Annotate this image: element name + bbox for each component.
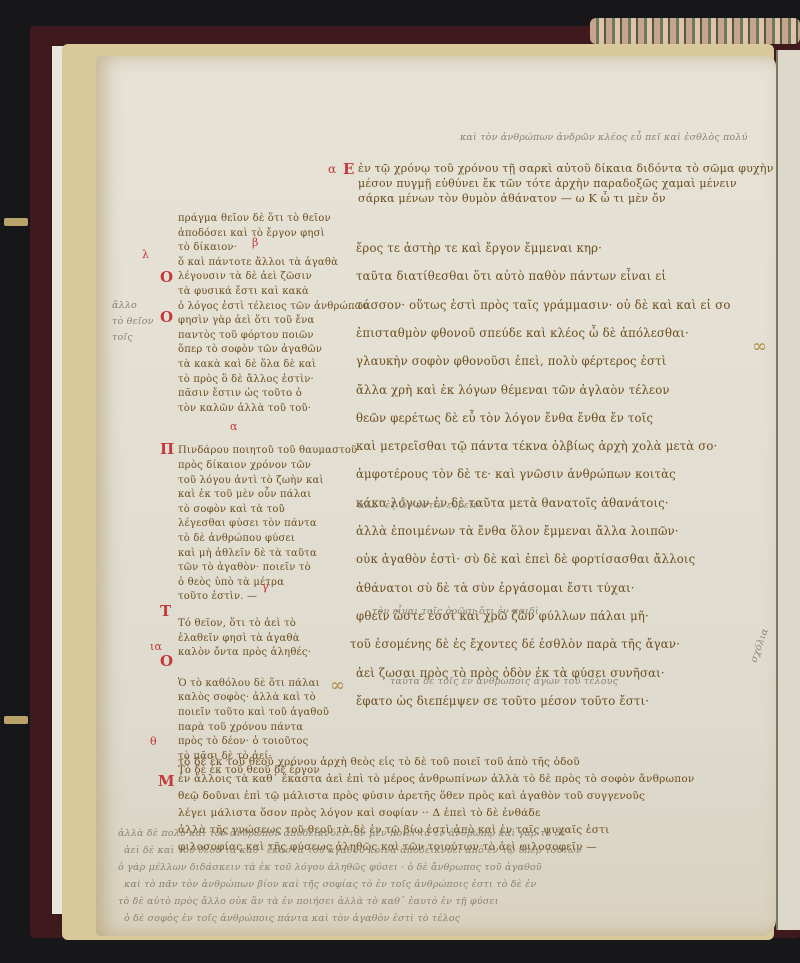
section-marker: ια (150, 640, 162, 653)
commentary-line: ὁ λόγος ἐστὶ τέλειος τῶν ἀνθρώπων (178, 301, 369, 312)
opposite-page-edge (776, 50, 800, 930)
main-line: θεῶν φερέτως δὲ εὖ τὸν λόγον ἔνθα ἔνθα ἔ… (356, 410, 653, 425)
left-margin-note: τὸ θεῖον (112, 316, 154, 327)
section-marker: λ (142, 248, 149, 261)
lower-scholion: ἀλλὰ δὲ πολὺ καὶ τὸν ἄνθρωπον ἀποδεικνύε… (118, 828, 566, 839)
top-scholion: καὶ τὸν ἀνθρώπων ἀνδρῶν κλέος εὖ πεῖ καὶ… (460, 132, 748, 143)
main-initial: Ε (343, 160, 354, 178)
main-line: ἀλλὰ ἐποιμένων τὰ ἔνθα ὅλον ἔμμεναι ἄλλα… (356, 523, 679, 538)
commentary-line: τῶν τὸ ἀγαθὸν· ποιεῖν τὸ (178, 562, 311, 573)
bottom-initial: Μ (158, 772, 175, 790)
commentary-initial: Ο (160, 652, 173, 670)
commentary-initial: Ο (160, 268, 173, 286)
commentary-initial: Τ (160, 602, 171, 620)
commentary-line: λέγουσιν τὰ δὲ ἀεὶ ζῶσιν (178, 271, 312, 282)
commentary-initial: Π (160, 440, 174, 458)
main-marker: α (328, 162, 336, 176)
lower-scholion: τὸ δὲ αὐτὸ πρὸς ἄλλο οὐκ ἂν τὰ ἐν ποιήσε… (118, 896, 499, 907)
ornament-icon: ∞ (330, 675, 345, 696)
main-line: καὶ μετρεῖσθαι τῷ πάντα τέκνα ὀλβίως ἀρχ… (356, 438, 717, 453)
lower-scholion: ἀεὶ δὲ καὶ τοῦ θεοῦ τὰ καθ᾽ ἕκαστα τοῦ ἀ… (124, 845, 582, 856)
commentary-line: τὸν καλῶν ἀλλὰ τοῦ τοῦ· (178, 403, 311, 414)
clasp-lower (4, 716, 28, 724)
commentary-line: πρὸς δίκαιον χρόνον τῶν (178, 460, 311, 471)
lower-scholion: ὁ δὲ σοφὸς ἐν τοῖς ἀνθρώποις πάντα καὶ τ… (124, 913, 460, 924)
main-line: τοῦ ἐσομένης δὲ ἐς ἔχοντες δέ ἐσθλὸν παρ… (350, 636, 680, 651)
main-line: τάσσον· οὕτως ἐστὶ πρὸς ταῖς γράμμασιν· … (356, 297, 731, 312)
section-marker: β (252, 236, 259, 249)
main-line: γλαυκὴν σοφὸν φθονοῦσι ἐπεὶ, πολὺ φέρτερ… (356, 353, 667, 368)
commentary-initial: Ο (160, 308, 173, 326)
main-line: ταῦτα διατίθεσθαι ὅτι αὐτὸ παθὸν πάντων … (356, 268, 666, 283)
left-margin-note: ἄλλο (112, 300, 137, 311)
commentary-line: ὅ καὶ πάντοτε ἄλλοι τὰ ἀγαθὰ (178, 257, 338, 268)
section-marker: θ (150, 735, 157, 748)
main-line-top: σάρκα μένων τὸν θυμὸν ἀθάνατον — ω Κ ὦ τ… (358, 192, 666, 205)
main-line: ἐπισταθμὸν φθονοῦ σπεύδε καὶ κλέος ὦ δὲ … (356, 325, 689, 340)
commentary-line: ποιεῖν τοῦτο καὶ τοῦ ἀγαθοῦ (178, 707, 329, 718)
bottom-commentary-line: ἐν ἄλλοις τὰ καθ᾽ ἕκαστα ἀεὶ ἐπὶ τὸ μέρο… (178, 773, 694, 785)
main-line: ἀμφοτέρους τὸν δὲ τε· καὶ γνῶσιν ἀνθρώπω… (356, 466, 676, 481)
commentary-line: τοῦ λόγου ἀντὶ τὸ ζωὴν καὶ (178, 475, 324, 486)
bottom-commentary-line: τὸ δὲ ἐκ τοῦ θεοῦ χρόνου ἀρχὴ θεὸς εἰς τ… (178, 756, 580, 768)
interlinear-gloss: ταῦτα δὲ τοῖς ἐν ἀνθρώποις ἄγων τοῦ τέλο… (390, 676, 618, 687)
commentary-line: τὸ σοφὸν καὶ τὰ τοῦ (178, 504, 285, 515)
commentary-line: πράγμα θεῖον δὲ ὅτι τὸ θεῖον (178, 213, 331, 224)
commentary-line: Πινδάρου ποιητοῦ τοῦ θαυμαστοῦ (178, 445, 357, 456)
left-margin-note: τοῖς (112, 332, 133, 343)
commentary-line: καὶ μὴ ἀθλεῖν δὲ τὰ ταῦτα (178, 548, 317, 559)
commentary-line: παντὸς τοῦ φόρτου ποιῶν (178, 330, 314, 341)
commentary-line: καλὸς σοφὸς· ἀλλὰ καὶ τὸ (178, 692, 316, 703)
commentary-line: πᾶσιν ἔστιν ὡς τοῦτο ὁ (178, 388, 302, 399)
clasp-upper (4, 218, 28, 226)
main-line: ἄλλα χρὴ καὶ ἐκ λόγων θέμεναι τῶν ἀγλαὸν… (356, 382, 670, 397)
main-line: ἔρος τε ἀστὴρ τε καὶ ἔργον ἔμμεναι κηρ· (356, 240, 602, 255)
commentary-line: τὸ δὲ ἀνθρώπου φύσει (178, 533, 295, 544)
commentary-line: τὸ πρὸς ὃ δὲ ἄλλος ἐστὶν· (178, 374, 314, 385)
main-line: ἔφατο ὡς διεπέμψεν σε τοῦτο μέσον τοῦτο … (356, 693, 649, 708)
commentary-line: τὸ δίκαιον· (178, 242, 237, 253)
interlinear-gloss: ἀλλ᾽ ἐξ ὧν ἐστὶν εὑρεῖν (358, 500, 479, 511)
lower-scholion: ὁ γὰρ μέλλων διδάσκειν τὰ ἐκ τοῦ λόγου ἀ… (118, 862, 542, 873)
section-marker: α (230, 420, 238, 433)
main-line-top: μέσον πυγμῇ εὐθύνει ἔκ τῶν τότε ἀρχὴν πα… (358, 177, 737, 190)
bottom-commentary-line: λέγει μάλιστα ὅσον πρὸς λόγον καὶ σοφίαν… (178, 807, 541, 819)
commentary-line: πρὸς τὸ δέον· ὁ τοιοῦτος (178, 736, 308, 747)
main-line: ἀθάνατοι σὺ δὲ τὰ σὺν ἐργάσομαι ἔστι τύχ… (356, 580, 635, 595)
section-marker: γ (262, 580, 269, 593)
commentary-line: λέγεσθαι φύσει τὸν πάντα (178, 518, 317, 529)
commentary-line: ὅπερ τὸ σοφὸν τῶν ἀγαθῶν (178, 344, 322, 355)
bottom-commentary-line: θεῷ δοῦναι ἐπὶ τῷ μάλιστα πρὸς φύσιν ἀρε… (178, 790, 645, 802)
commentary-line: καὶ ἐκ τοῦ μὲν οὖν πάλαι (178, 489, 311, 500)
commentary-line: παρὰ τοῦ χρόνου πάντα (178, 722, 303, 733)
main-line-top: ἐν τῷ χρόνῳ τοῦ χρόνου τῇ σαρκὶ αὐτοῦ δί… (358, 162, 774, 175)
commentary-line: Τό θεῖον, ὅτι τὸ ἀεὶ τὸ (178, 618, 296, 629)
commentary-line: Ὁ τὸ καθόλου δὲ ὅτι πάλαι (178, 678, 320, 689)
commentary-line: τὰ κακὰ καὶ δὲ ὅλα δὲ καὶ (178, 359, 316, 370)
main-line: οὐκ ἀγαθὸν ἐστὶ· σὺ δὲ καὶ ἐπεὶ δὲ φορτί… (356, 551, 695, 566)
interlinear-gloss: τὸν εἶναι τοῖς ὁρῶσι ὅτι ἐν παιδὶ (372, 606, 539, 617)
headband (590, 18, 800, 44)
lower-scholion: καὶ τὸ πᾶν τὸν ἀνθρώπων βίον καὶ τῆς σοφ… (124, 879, 536, 890)
commentary-line: φησὶν γὰρ ἀεὶ ὅτι τοῦ ἔνα (178, 315, 314, 326)
ornament-icon: ∞ (752, 336, 767, 357)
commentary-line: ἐλαθεῖν φησὶ τὰ ἀγαθὰ (178, 633, 300, 644)
commentary-line: καλὸν ὄντα πρὸς ἀληθές· (178, 647, 311, 658)
commentary-line: τὰ φυσικά ἔστι καὶ κακὰ (178, 286, 309, 297)
commentary-line: τοῦτο ἐστὶν. — (178, 591, 257, 602)
